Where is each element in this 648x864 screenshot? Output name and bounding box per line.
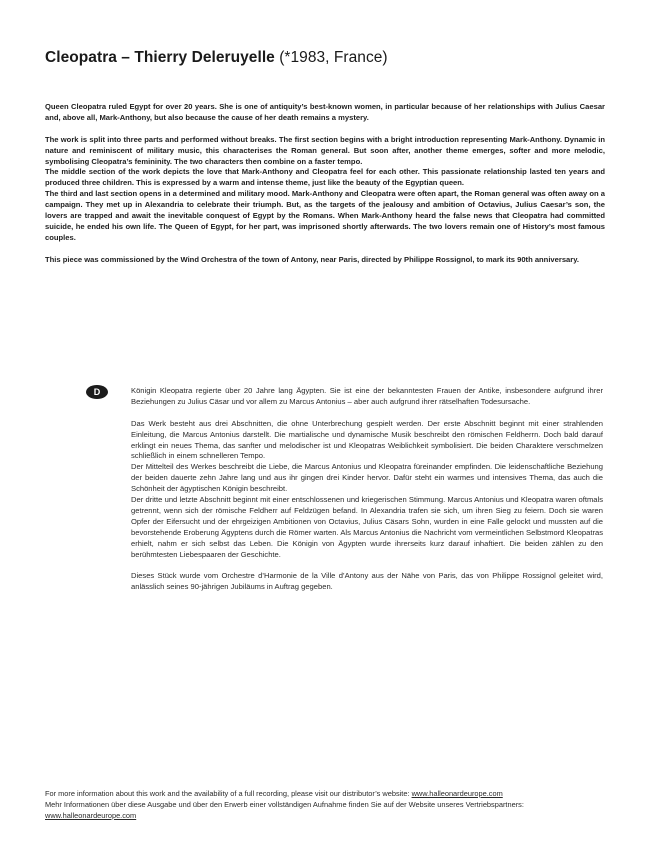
en-paragraph-section-3: The third and last section opens in a de… — [45, 189, 605, 244]
de-paragraph-section-2: Der Mittelteil des Werkes beschreibt die… — [131, 462, 603, 495]
de-paragraph-section-3: Der dritte und letzte Abschnitt beginnt … — [131, 495, 603, 560]
distributor-link-en[interactable]: www.halleonardeurope.com — [412, 789, 503, 798]
title-main: Cleopatra – Thierry Deleruyelle — [45, 49, 275, 66]
de-paragraph-section-1: Das Werk besteht aus drei Abschnitten, d… — [131, 419, 603, 463]
en-paragraph-section-2: The middle section of the work depicts t… — [45, 167, 605, 189]
en-paragraph-commission: This piece was commissioned by the Wind … — [45, 255, 605, 266]
en-paragraph-intro: Queen Cleopatra ruled Egypt for over 20 … — [45, 102, 605, 124]
footer-english-text: For more information about this work and… — [45, 789, 412, 798]
de-paragraph-intro: Königin Kleopatra regierte über 20 Jahre… — [131, 386, 603, 408]
english-description: Queen Cleopatra ruled Egypt for over 20 … — [45, 102, 605, 266]
distributor-link-de[interactable]: www.halleonardeurope.com — [45, 811, 136, 820]
footer-german: Mehr Informationen über diese Ausgabe un… — [45, 800, 615, 822]
de-paragraph-commission: Dieses Stück wurde vom Orchestre d’Harmo… — [131, 571, 603, 593]
footer: For more information about this work and… — [45, 789, 615, 821]
page-title: Cleopatra – Thierry Deleruyelle (*1983, … — [45, 49, 388, 67]
en-paragraph-section-1: The work is split into three parts and p… — [45, 135, 605, 168]
footer-german-text: Mehr Informationen über diese Ausgabe un… — [45, 800, 524, 809]
german-description: Königin Kleopatra regierte über 20 Jahre… — [131, 386, 603, 593]
german-language-badge: D — [86, 385, 108, 399]
title-subtitle: (*1983, France) — [275, 49, 388, 66]
footer-english: For more information about this work and… — [45, 789, 615, 800]
